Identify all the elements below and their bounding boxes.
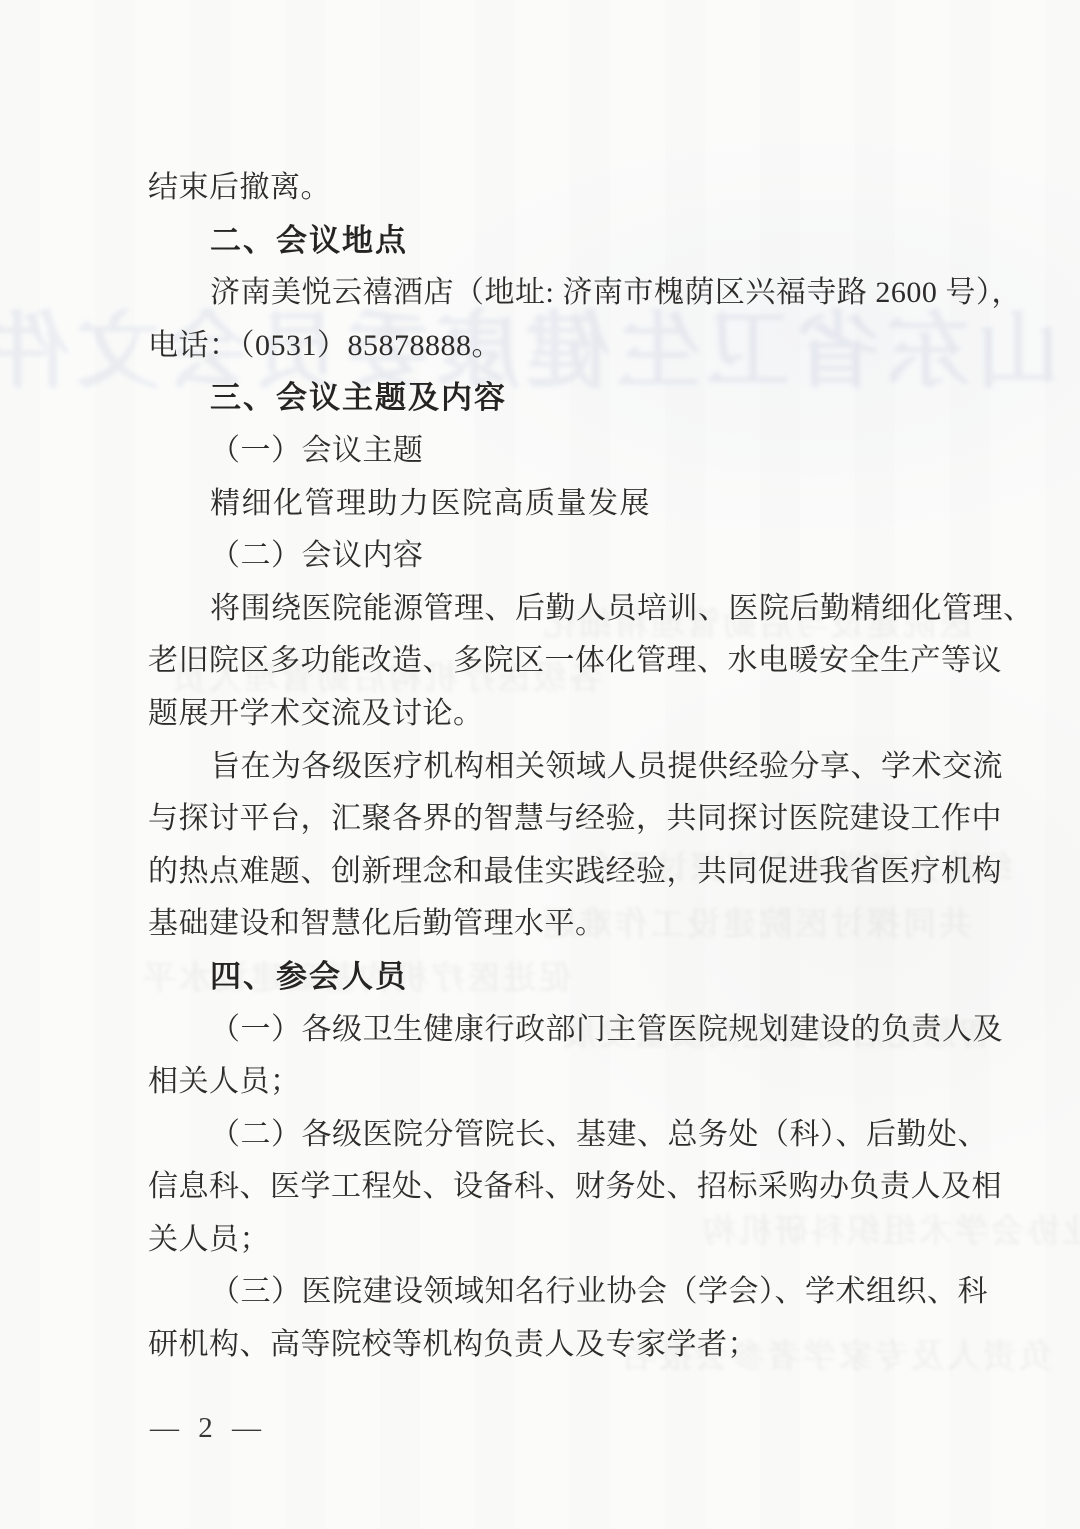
line-participants-3a: （三）医院建设领域知名行业协会（学会）、学术组织、科 xyxy=(148,1266,990,1319)
line-hotel-address: 济南美悦云禧酒店（地址: 济南市槐荫区兴福寺路 2600 号）， xyxy=(148,267,990,320)
line-content-2: 老旧院区多功能改造、多院区一体化管理、水电暖安全生产等议 xyxy=(148,635,990,688)
subheading-meeting-theme: （一）会议主题 xyxy=(148,425,990,478)
line-content-1: 将围绕医院能源管理、后勤人员培训、医院后勤精细化管理、 xyxy=(148,583,990,636)
line-purpose-2: 与探讨平台，汇聚各界的智慧与经验，共同探讨医院建设工作中 xyxy=(148,793,990,846)
document-body: 结束后撤离。 二、会议地点 济南美悦云禧酒店（地址: 济南市槐荫区兴福寺路 26… xyxy=(148,162,990,1372)
line-participants-2c: 关人员； xyxy=(148,1214,990,1267)
line-participants-1b: 相关人员； xyxy=(148,1056,990,1109)
line-participants-3b: 研机构、高等院校等机构负责人及专家学者； xyxy=(148,1319,990,1372)
paragraph-continuation-evacuate: 结束后撤离。 xyxy=(148,162,990,215)
subheading-meeting-content: （二）会议内容 xyxy=(148,530,990,583)
heading-section-3-theme-content: 三、会议主题及内容 xyxy=(148,372,990,425)
line-theme-text: 精细化管理助力医院高质量发展 xyxy=(148,478,990,531)
page-number: — 2 — xyxy=(150,1412,267,1445)
line-participants-1a: （一）各级卫生健康行政部门主管医院规划建设的负责人及 xyxy=(148,1004,990,1057)
line-purpose-3: 的热点难题、创新理念和最佳实践经验，共同促进我省医疗机构 xyxy=(148,846,990,899)
heading-section-2-meeting-location: 二、会议地点 xyxy=(148,215,990,268)
line-purpose-4: 基础建设和智慧化后勤管理水平。 xyxy=(148,898,990,951)
heading-section-4-participants: 四、参会人员 xyxy=(148,951,990,1004)
line-participants-2a: （二）各级医院分管院长、基建、总务处（科）、后勤处、 xyxy=(148,1109,990,1162)
line-participants-2b: 信息科、医学工程处、设备科、财务处、招标采购办负责人及相 xyxy=(148,1161,990,1214)
line-content-3: 题展开学术交流及讨论。 xyxy=(148,688,990,741)
line-purpose-1: 旨在为各级医疗机构相关领域人员提供经验分享、学术交流 xyxy=(148,741,990,794)
line-hotel-phone: 电话：（0531）85878888。 xyxy=(148,320,990,373)
scanned-document-page: 山东省卫生健康委员会文件 医院建设与后勤管理精细化 各级医疗机构后勤管理人员 经… xyxy=(0,0,1080,1529)
